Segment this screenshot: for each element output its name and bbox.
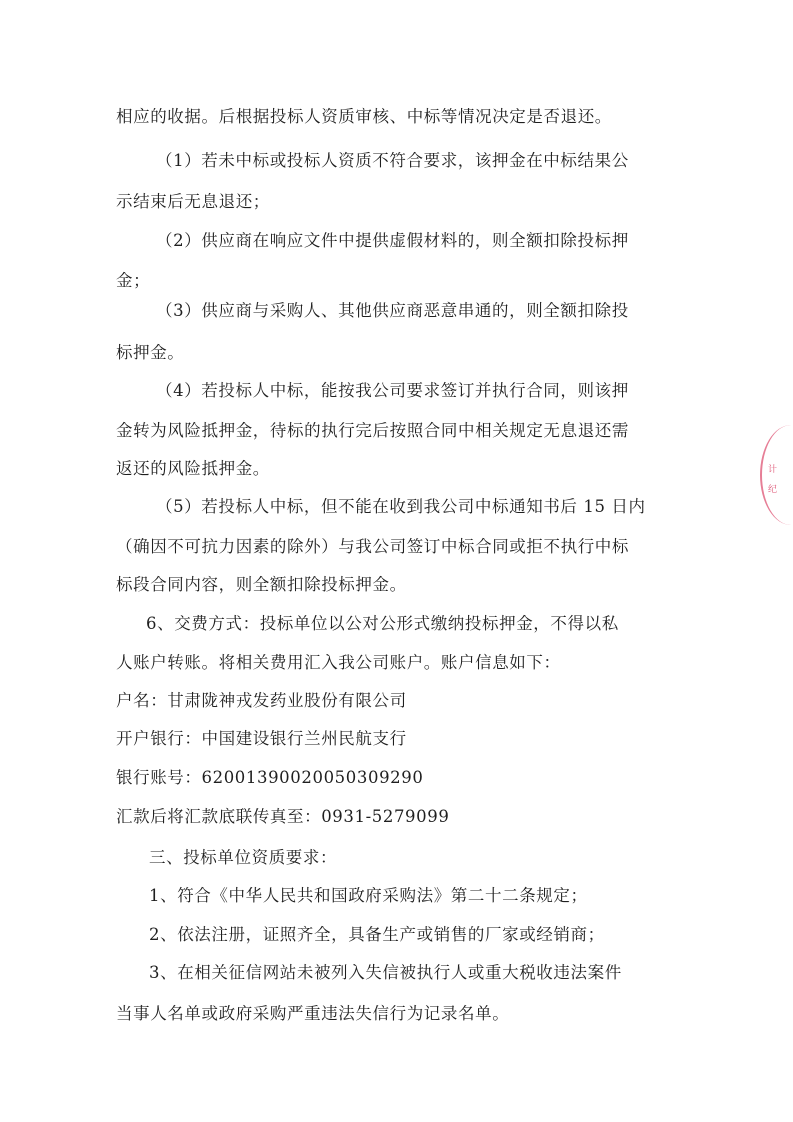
text-line: 人账户转账。将相关费用汇入我公司账户。账户信息如下： [116,652,561,674]
text-line: 2、依法注册，证照齐全，具备生产或销售的厂家或经销商； [149,924,605,946]
bank-name: 开户银行：中国建设银行兰州民航支行 [116,728,407,750]
text-line: （4）若投标人中标，能按我公司要求签订并执行合同，则该押 [156,380,629,402]
text-line: （3）供应商与采购人、其他供应商恶意串通的，则全额扣除投 [156,300,629,322]
text-line: 标段合同内容，则全额扣除投标押金。 [116,574,407,596]
text-line: 6、交费方式：投标单位以公对公形式缴纳投标押金，不得以私 [146,613,619,635]
document-page: 相应的收据。后根据投标人资质审核、中标等情况决定是否退还。 （1）若未中标或投标… [0,0,793,1122]
text-line: （确因不可抗力因素的除外）与我公司签订中标合同或拒不执行中标 [116,536,629,558]
stamp-fragment: 计 [768,462,777,475]
stamp-fragment: 纪 [768,482,777,495]
text-line: 返还的风险抵押金。 [116,458,270,480]
text-line: 当事人名单或政府采购严重违法失信行为记录名单。 [116,1003,509,1025]
bank-account-number: 银行账号：62001390020050309290 [116,767,423,789]
text-line: 3、在相关征信网站未被列入失信被执行人或重大税收违法案件 [149,962,622,984]
text-line: 1、符合《中华人民共和国政府采购法》第二十二条规定； [149,885,588,907]
text-line: 示结束后无息退还； [116,191,270,213]
text-line: 金； [116,270,150,292]
text-line: （1）若未中标或投标人资质不符合要求，该押金在中标结果公 [156,150,629,172]
fax-number: 汇款后将汇款底联传真至：0931-5279099 [116,806,449,828]
section-heading: 三、投标单位资质要求： [149,847,337,869]
red-seal-stamp [760,425,793,525]
text-line: （2）供应商在响应文件中提供虚假材料的，则全额扣除投标押 [156,230,629,252]
text-line: 标押金。 [116,342,184,364]
account-name: 户名：甘肃陇神戎发药业股份有限公司 [116,690,407,712]
text-line: （5）若投标人中标，但不能在收到我公司中标通知书后 15 日内 [156,496,646,518]
text-line: 金转为风险抵押金，待标的执行完后按照合同中相关规定无息退还需 [116,420,629,442]
text-line: 相应的收据。后根据投标人资质审核、中标等情况决定是否退还。 [116,106,612,128]
